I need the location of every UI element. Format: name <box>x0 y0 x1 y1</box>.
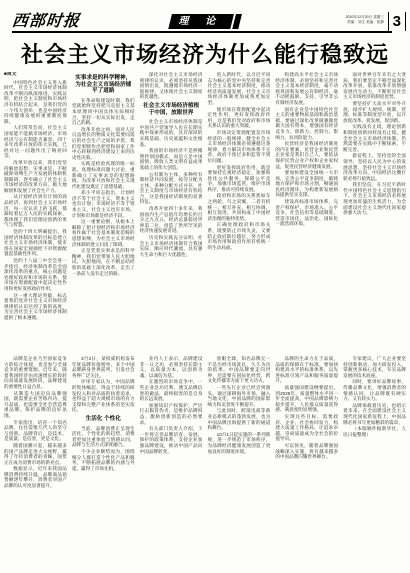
paragraph: 党的十四大明确提出，我国经济体制改革的目标是建立社会主义市场经济体制，使市场在国… <box>4 229 67 257</box>
paragraph: 从制造大国迈向品牌强国，既需要企业苦练内功、提升品质，也需要全社会营造尊重品牌、… <box>4 391 67 419</box>
article-top-columns: ■周文中国特色社会主义进入新时代，社会主义市场经济体制改革不断向纵深推进。实践证… <box>4 72 406 351</box>
paragraph: 这一重要论断，从根本上解除了把计划经济和市场经济看作属于社会基本制度范畴的思想束… <box>72 219 135 247</box>
paragraph: 深化对社会主义市场经济规律的认识，必须坚持从我国国情出发，既遵循市场经济一般规律… <box>140 72 203 100</box>
paragraph: 建设高标准市场体系，完善产权保护、市场准入、公平竞争、社会信用等基础制度，营造市… <box>275 199 338 227</box>
paragraph: 在革命和建设时期，我们党就始终坚持把马克思主义基本原理同中国具体实际相结合，坚持… <box>72 98 135 126</box>
text-column: 品牌的生命力在于品质，品质的保障在于标准。要加快构建高水平的标准体系，以先进标准… <box>275 356 338 572</box>
subheading: 实事求是的科学精神，为社会主义市场经济铺平了道路 <box>75 75 132 95</box>
paragraph: 改革开放以来，我们党坚持解放思想、实事求是，不断破除束缚生产力发展的体制机制障碍… <box>4 160 67 194</box>
text-column: 实事求是的科学精神，为社会主义市场经济铺平了道路在革命和建设时期，我们党就始终坚… <box>72 72 135 351</box>
paragraph: 不少企业顺势而为，围绕细分人群打造个性化产品和服务，不断拓展品牌的内涵与外延，赢… <box>72 449 135 471</box>
paragraph: 数据显示，近年来我国品牌消费持续升温，品牌商品销售额逐年攀升，消费者对国产品牌的… <box>4 466 67 488</box>
paragraph: 国有企业是中国特色社会主义的重要物质基础和政治基础，要通过深化改革做强做优做大国… <box>275 107 338 141</box>
editor-text: 责编：刘文 美编：张静 <box>345 20 384 25</box>
text-column: ■周文中国特色社会主义进入新时代，社会主义市场经济体制改革不断向纵深推进。实践证… <box>4 72 67 351</box>
paragraph: 放眼全球，知名品牌无一不是历经市场洗礼、久久为功的结果。中国品牌要走向世界，还需… <box>207 356 270 384</box>
text-column: 放眼全球，知名品牌无一不是历经市场洗礼、久久为功的结果。中国品牌要走向世界，还需… <box>207 356 270 572</box>
text-column: 深化对社会主义市场经济规律的认识，必须坚持从我国国情出发，既遵循市场经济一般规律… <box>140 72 203 351</box>
paragraph: 要坚持扩大高水平对外开放，稳步扩大规则、规制、管理、标准等制度型开放，以开放促改… <box>343 101 406 123</box>
section-label: 理 论 <box>170 14 240 29</box>
paragraph: 民营经济是我国经济制度的内在要素，民营企业和民营企业家是我们自己人，要依法保护民… <box>275 141 338 169</box>
paragraph: 从计划经济到有计划的商品经济，再到社会主义市场经济，每一次认识上的飞跃，都凝结着… <box>4 194 67 228</box>
header-rule <box>12 31 392 33</box>
paragraph: 加强知识产权保护，严厉打击假冒伪劣，是维护品牌权益、激励创新创造的必然要求。 <box>140 403 203 425</box>
text-column: 业内人士表示，品牌建设非一日之功，必须坚持长期主义，以质量为本、以创新为魂、以诚… <box>140 356 203 572</box>
paragraph: 可以预见，随着品牌强国战略深入实施，将有越来越多的中国品牌闪耀世界舞台。 <box>275 443 338 460</box>
paragraph: 10月1日起实施的一系列新规，进一步规范了市场秩序，为品牌经济健康发展创造了更加… <box>207 432 270 454</box>
paragraph: 同时，要讲好品牌故事，传播品牌文化，增强消费者的情感认同，让品牌既有硬实力、又有… <box>343 379 406 401</box>
paragraph: 使市场在资源配置中起决定性作用，更好发挥政府作用，这是我们党对政府和市场关系认识… <box>207 107 270 129</box>
paragraph: 质量强国建设纲要提出，到2025年，质量整体水平进一步全面提高，中国品牌影响力稳… <box>275 385 338 413</box>
page-number-badge: 3 <box>388 12 406 31</box>
article-bottom-columns: 品牌是企业乃至国家竞争力的综合体现，也是参与全球竞争的重要资源。近年来，随着我国… <box>4 356 406 572</box>
paragraph: 公有制为主体、多种所有制经济共同发展，按劳分配为主体、多种分配方式并存，社会主义… <box>140 172 203 206</box>
paragraph: 品牌的生命力在于品质，品质的保障在于标准。要加快构建高水平的标准体系，以先进标准… <box>275 356 338 384</box>
paragraph: 这一重大理论突破，标志着我们党对社会主义市场经济规律的认识达到了新的高度，为完善… <box>4 293 67 321</box>
paragraph: 市场决定资源配置是市场经济的一般规律，健全社会主义市场经济体制必须遵循这条规律，… <box>207 130 270 164</box>
paragraph: 要加快建设全国统一大市场，完善公平竞争制度，破除地方保护和市场分割，畅通国民经济… <box>275 170 338 198</box>
dateline: 2020年12月30日 星期三 责编：刘文 美编：张静 <box>345 15 384 26</box>
paragraph: 一些先行企业已经尝到甜头。通过深耕海外市场、融入当地文化，中国品牌的国际影响力和… <box>207 385 270 407</box>
paragraph: 正是凭着实事求是的科学精神，我们党带领人民大胆地试、大胆地闯，在不断总结经验的基… <box>72 248 135 276</box>
paragraph: 品牌是企业乃至国家竞争力的综合体现，也是参与全球竞争的重要资源。近年来，随着我国… <box>4 356 67 390</box>
subheading: 社会主义市场经济植根于中国，放眼世界 <box>143 103 200 116</box>
paragraph: 我们坚信，在习近平新时代中国特色社会主义思想指引下，社会主义市场经济必将展现更加… <box>343 182 406 216</box>
text-column: 品牌是企业乃至国家竞争力的综合体现，也是参与全球竞争的重要资源。近年来，随着我国… <box>4 356 67 572</box>
page-header: 西部时报 理 论 2020年12月30日 星期三 责编：刘文 美编：张静 3 <box>4 12 406 36</box>
paragraph: 历史和实践充分证明，社会主义市场经济体制符合我国实际，顺应时代潮流，具有强大生命… <box>140 235 203 257</box>
paragraph: 当前，品牌消费正呈现生活化、个性化的新趋势，消费者更加注重体验与情感认同，品牌与… <box>72 426 135 448</box>
text-column: 3月2日，某权威机构发布年度品牌价值榜单，多个中国品牌跻身世界前列，引发社会各界… <box>72 356 135 572</box>
paragraph: 专家指出，培育一个知名品牌，往往需要几代人的坚守与创新。品牌背后，是技术、是质量… <box>4 420 67 442</box>
paragraph: 随着国潮兴起，越来越多的国产品牌走进大众视野，赢得了年轻消费者的青睐，国货正在成… <box>4 443 67 465</box>
section-label-tail-shape <box>232 14 242 29</box>
subheading: 生活化 个性化 <box>75 416 132 423</box>
paragraph: 正确处理政府和市场关系，既要防止市场失灵，又要防止政府缺位越位，努力形成市场作用… <box>207 222 270 250</box>
paragraph: 在激烈的市场竞争中，一些企业急功近利、透支品牌信誉的做法，最终损害的是自身的长远… <box>140 379 203 401</box>
paragraph: 进入新时代，以习近平同志为核心的党中央坚持和完善社会主义基本经济制度，推动经济高… <box>207 72 270 106</box>
paragraph: 中国特色社会主义进入新时代，社会主义市场经济体制改革不断向纵深推进。实践证明，把… <box>4 80 67 125</box>
paragraph: 实现这些目标，需要政府、企业、社会协同发力，构建大质量工作格局，让追求卓越、崇尚… <box>275 414 338 442</box>
paragraph: 人们常常会问，社会主义国家能不能搞市场经济，市场经济与公有制能否兼容。四十多年改… <box>4 125 67 159</box>
text-column: 进入新时代，以习近平同志为核心的党中央坚持和完善社会主义基本经济制度，推动经济高… <box>207 72 270 351</box>
paragraph: 改革开放四十多年来，我国国内生产总值年均增长约百分之九点五，经济总量稳居世界第二… <box>140 206 203 234</box>
masthead-logo: 西部时报 <box>11 12 81 30</box>
paragraph: 社会主义市场经济体制是中国共产党领导人民在长期实践中探索形成的，具有深厚的实践基… <box>140 119 203 147</box>
paragraph: 与此同时，跨境电商等新业态新模式的蓬勃发展，也为中国品牌出海提供了新的通道和舞台… <box>207 408 270 430</box>
text-column: 专家建议，广大企业要坚持创新驱动，加大研发投入，掌握更多核心技术，夯实品牌发展的… <box>343 356 406 572</box>
page-number: 3 <box>393 13 401 30</box>
paragraph: 更好发挥政府作用，就是要保持宏观经济稳定，加强和优化公共服务，保障公平竞争，加强… <box>207 165 270 193</box>
headline: 社会主义市场经济为什么能行稳致远 <box>4 43 406 67</box>
paragraph: 我国的市场经济不是照搬照抄别国模式，而是立足中国国情、吸收人类文明有益成果基础上… <box>140 148 203 170</box>
paragraph: 有关部门负责人介绍，下一步将完善品牌培育、发展、保护的政策体系，支持企业加强品牌… <box>140 426 203 454</box>
paragraph: 实践没有止境，理论创新和制度创新同样没有止境。健全社会主义市场经济体制，仍然需要… <box>343 124 406 152</box>
paragraph: 评审专家认为，中国品牌的集体崛起，得益于持续的研发投入和对品质的执着追求，也得益… <box>72 379 135 413</box>
paragraph: 政府和市场的关系犹如车之两轮、鸟之双翼，二者有机统一、相互补充、相互协调、相互促… <box>207 193 270 221</box>
section-label-text: 理 论 <box>168 14 234 29</box>
paragraph: 邓小平同志指出，计划经济不等于社会主义，资本主义也有计划；市场经济不等于资本主义… <box>72 190 135 218</box>
paragraph: 面对世界百年未有之大变局，我们要坚定不移全面深化改革开放，依靠改革开放增强发展内… <box>343 72 406 100</box>
text-column: 构建高水平社会主义市场经济体制，必须坚持和完善社会主义基本经济制度，毫不动摇巩固… <box>275 72 338 351</box>
paragraph: 新征程上，坚持党的全面领导，坚持以人民为中心的发展思想，坚持社会主义市场经济改革… <box>343 153 406 181</box>
paragraph: 3月2日，某权威机构发布年度品牌价值榜单，多个中国品牌跻身世界前列，引发社会各界… <box>72 356 135 378</box>
paragraph: （本版稿件据新华社、人民日报整理） <box>343 426 406 437</box>
newspaper-page: 西部时报 理 论 2020年12月30日 星期三 责编：刘文 美编：张静 3 社… <box>4 0 406 572</box>
paragraph: 改革开放之初，面对人民日益增长的物质文化需要同落后的社会生产之间的矛盾，我们党果… <box>72 127 135 161</box>
paragraph: 党的十八届三中全会进一步指出，经济体制改革是全面深化改革的重点，核心问题是处理好… <box>4 258 67 292</box>
text-column: 面对世界百年未有之大变局，我们要坚定不移全面深化改革开放，依靠改革开放增强发展内… <box>343 72 406 351</box>
paragraph: 构建高水平社会主义市场经济体制，必须坚持和完善社会主义基本经济制度，毫不动摇巩固… <box>275 72 338 106</box>
byline: ■周文 <box>4 72 67 78</box>
paragraph: 业内人士表示，品牌建设非一日之功，必须坚持长期主义，以质量为本、以创新为魂、以诚… <box>140 356 203 378</box>
paragraph: 品牌承载着历史，也昭示着未来。在全面建设社会主义现代化国家新征程上，中国品牌必将… <box>343 403 406 425</box>
paragraph: 实践是检验真理的唯一标准。真理标准问题大讨论，重新确立了实事求是的思想路线，为改… <box>72 161 135 189</box>
paragraph: 专家建议，广大企业要坚持创新驱动，加大研发投入，掌握更多核心技术，夯实品牌发展的… <box>343 356 406 378</box>
